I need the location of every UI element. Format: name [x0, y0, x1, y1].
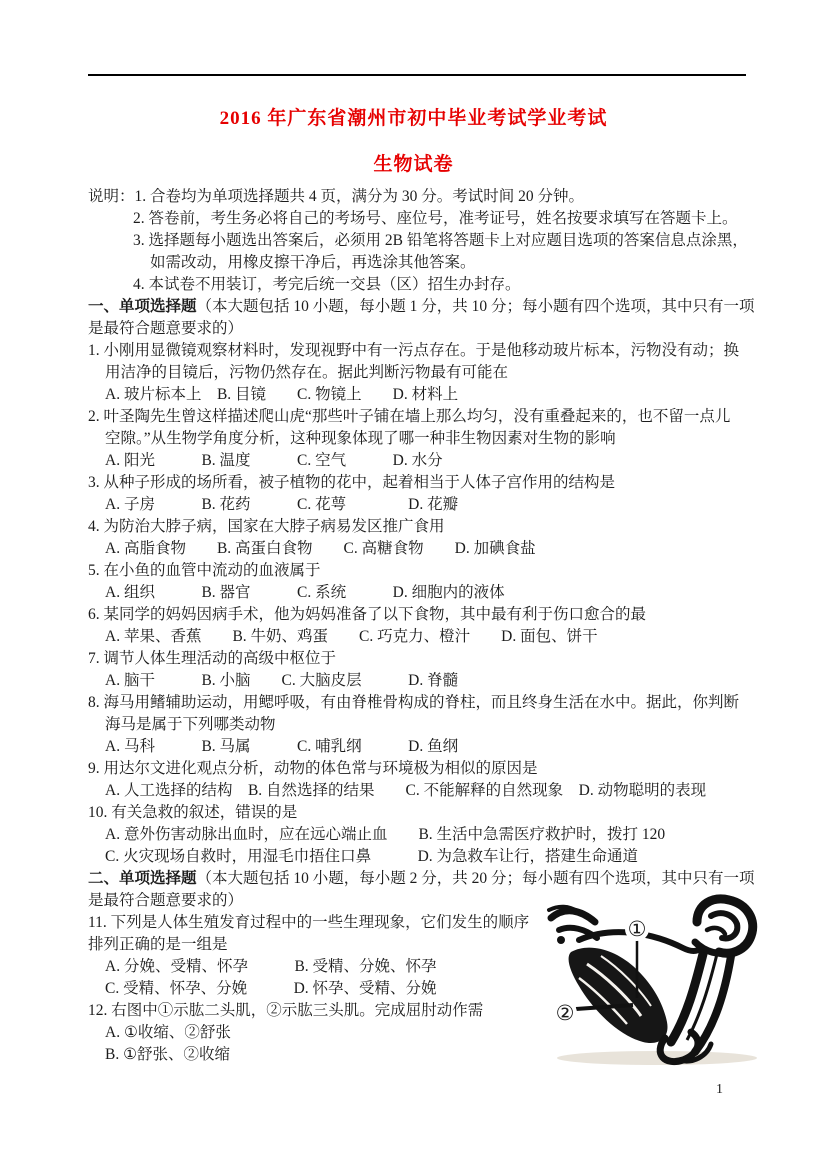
question-8-options: A. 马科 B. 马属 C. 哺乳纲 D. 鱼纲 — [88, 736, 788, 758]
question-4-stem: 4. 为防治大脖子病，国家在大脖子病易发区推广食用 — [88, 516, 788, 538]
instructions-item-3: 3. 选择题每小题选出答案后，必须用 2B 铅笔将答题卡上对应题目选项的答案信息… — [88, 230, 788, 252]
instructions-line-1: 说明：1. 合卷均为单项选择题共 4 页，满分为 30 分。考试时间 20 分钟… — [88, 186, 788, 208]
instructions-item-2: 2. 答卷前，考生务必将自己的考场号、座位号，准考证号，姓名按要求填写在答题卡上… — [88, 208, 788, 230]
question-3-stem: 3. 从种子形成的场所看，被子植物的花中，起着相当于人体子宫作用的结构是 — [88, 472, 788, 494]
question-10-stem: 10. 有关急救的叙述，错误的是 — [88, 802, 788, 824]
instructions-item-1: 1. 合卷均为单项选择题共 4 页，满分为 30 分。考试时间 20 分钟。 — [135, 188, 585, 205]
question-8-stem: 8. 海马用鳍辅助运动，用鳃呼吸，有由脊椎骨构成的脊柱，而且终身生活在水中。据此… — [88, 692, 788, 714]
exam-title: 2016 年广东省潮州市初中毕业考试学业考试 — [0, 103, 827, 130]
section-1-heading: 一、单项选择题（本大题包括 10 小题，每小题 1 分，共 10 分；每小题有四… — [88, 296, 788, 318]
header-rule — [88, 74, 746, 76]
question-10-options-ab: A. 意外伤害动脉出血时，应在远心端止血 B. 生活中急需医疗救护时，拨打 12… — [88, 824, 788, 846]
question-6-stem: 6. 某同学的妈妈因病手术，他为妈妈准备了以下食物，其中最有利于伤口愈合的最 — [88, 604, 788, 626]
section-2-desc: （本大题包括 10 小题，每小题 2 分，共 20 分；每小题有四个选项，其中只… — [197, 870, 755, 887]
question-2-stem-cont: 空隙。”从生物学角度分析，这种现象体现了哪一种非生物因素对生物的影响 — [88, 428, 788, 450]
section-1-desc: （本大题包括 10 小题，每小题 1 分，共 10 分；每小题有四个选项，其中只… — [197, 298, 755, 315]
exam-page: 2016 年广东省潮州市初中毕业考试学业考试 生物试卷 说明：1. 合卷均为单项… — [0, 0, 827, 1169]
question-6-options: A. 苹果、香蕉 B. 牛奶、鸡蛋 C. 巧克力、橙汁 D. 面包、饼干 — [88, 626, 788, 648]
arm-muscle-figure — [545, 892, 767, 1074]
question-2-stem: 2. 叶圣陶先生曾这样描述爬山虎“那些叶子铺在墙上那么均匀，没有重叠起来的，也不… — [88, 406, 788, 428]
question-4-options: A. 高脂食物 B. 高蛋白食物 C. 高糖食物 D. 加碘食盐 — [88, 538, 788, 560]
question-2-options: A. 阳光 B. 温度 C. 空气 D. 水分 — [88, 450, 788, 472]
question-9-stem: 9. 用达尔文进化观点分析，动物的体色常与环境极为相似的原因是 — [88, 758, 788, 780]
question-7-options: A. 脑干 B. 小脑 C. 大脑皮层 D. 脊髓 — [88, 670, 788, 692]
arm-figure-drawing — [545, 892, 767, 1074]
instructions-item-4: 4. 本试卷不用装订，考完后统一交县（区）招生办封存。 — [88, 274, 788, 296]
figure-label-1: ① — [625, 917, 649, 941]
instructions-item-3-cont: 如需改动，用橡皮擦干净后，再选涂其他答案。 — [88, 252, 788, 274]
question-3-options: A. 子房 B. 花药 C. 花萼 D. 花瓣 — [88, 494, 788, 516]
section-2-heading: 二、单项选择题（本大题包括 10 小题，每小题 2 分，共 20 分；每小题有四… — [88, 868, 788, 890]
section-1-desc-cont: 是最符合题意要求的） — [88, 318, 788, 340]
question-5-options: A. 组织 B. 器官 C. 系统 D. 细胞内的液体 — [88, 582, 788, 604]
figure-label-2: ② — [553, 1001, 577, 1025]
section-1-title: 一、单项选择题 — [88, 298, 197, 315]
question-1-options: A. 玻片标本上 B. 目镜 C. 物镜上 D. 材料上 — [88, 384, 788, 406]
question-1-stem: 1. 小刚用显微镜观察材料时，发现视野中有一污点存在。于是他移动玻片标本，污物没… — [88, 340, 788, 362]
question-5-stem: 5. 在小鱼的血管中流动的血液属于 — [88, 560, 788, 582]
question-8-stem-cont: 海马是属于下列哪类动物 — [88, 714, 788, 736]
question-9-options: A. 人工选择的结构 B. 自然选择的结果 C. 不能解释的自然现象 D. 动物… — [88, 780, 788, 802]
question-10-options-cd: C. 火灾现场自救时，用湿毛巾捂住口鼻 D. 为急救车让行，搭建生命通道 — [88, 846, 788, 868]
section-2-title: 二、单项选择题 — [88, 870, 197, 887]
instructions-label: 说明： — [88, 188, 135, 205]
question-1-stem-cont: 用洁净的目镜后，污物仍然存在。据此判断污物最有可能在 — [88, 362, 788, 384]
page-number: 1 — [716, 1082, 723, 1098]
question-7-stem: 7. 调节人体生理活动的高级中枢位于 — [88, 648, 788, 670]
exam-subtitle: 生物试卷 — [0, 149, 827, 176]
